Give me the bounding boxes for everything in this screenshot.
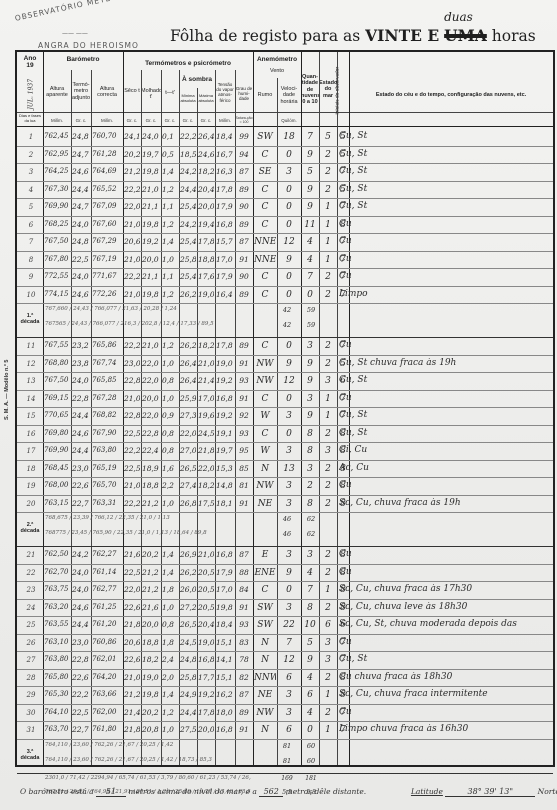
cell-alt-ap: 765,80	[44, 673, 70, 681]
cell-vel: 3	[278, 167, 300, 177]
cell-nuv: 10	[302, 620, 318, 630]
cell-mar: 2	[320, 341, 336, 351]
cell-alt-ap: 767,55	[44, 341, 70, 349]
cell-vel: 0	[278, 394, 300, 404]
cell-alt-ap: 763,80	[44, 655, 70, 663]
cell-alt-ap: 767,30	[44, 185, 70, 193]
cell-min: 25,8	[180, 255, 196, 264]
cell-alt-ap: 768,00	[44, 481, 70, 489]
cell-min: 18,5	[180, 150, 196, 159]
weather-remark: Cu, St	[339, 201, 554, 211]
cell-seco: 22,2	[124, 446, 140, 455]
cell-hum: 90	[236, 272, 252, 281]
cell-seco: 21,0	[124, 220, 140, 229]
year-label: Ano19	[17, 55, 43, 70]
cell-seco: 21,0	[124, 290, 140, 299]
cell-min: 26,5	[180, 464, 196, 473]
day-number: 16	[19, 430, 43, 438]
cell-mar: 3	[320, 376, 336, 386]
day-number: 18	[19, 465, 43, 473]
cell-tens: 14,1	[216, 655, 234, 664]
cell-mar: 1	[320, 237, 336, 247]
cell-hum: 94	[236, 150, 252, 159]
decada-vel: 46	[279, 530, 295, 538]
cell-seco: 21,0	[124, 394, 140, 403]
cell-alt-cor: 762,77	[92, 585, 122, 593]
cell-vel: 13	[278, 464, 300, 474]
cell-hum: 87	[236, 690, 252, 699]
cell-molh: 19,0	[142, 673, 160, 682]
weather-remark: Cu, St	[339, 654, 554, 664]
cell-alt-cor: 768,82	[92, 411, 122, 419]
cell-max: 22,0	[198, 464, 214, 473]
cell-alt-cor: 763,31	[92, 499, 122, 507]
cell-seco: 22,5	[124, 429, 140, 438]
cell-dif: 1,4	[162, 690, 178, 699]
cell-max: 21,8	[198, 446, 214, 455]
cell-hum: 93	[236, 620, 252, 629]
cell-vel: 9	[278, 568, 300, 578]
cell-seco: 21,0	[124, 255, 140, 264]
cell-term: 24,7	[72, 150, 90, 159]
cell-rumo: NE	[254, 690, 276, 700]
cell-seco: 23,0	[124, 359, 140, 368]
observatory-stamp: OBSERVATÓRIO METEOROLÓGICO —— —— ANGRA D…	[10, 8, 130, 48]
day-number: 9	[19, 273, 43, 281]
cell-dif: 1,8	[162, 638, 178, 647]
decada-vel: 46	[279, 515, 295, 523]
minima-header: Mínima absoluta	[179, 94, 197, 103]
decada-sums: 764,110 / 23,60 / 762,26 / 21,67 / 20,25…	[45, 742, 251, 748]
cell-vel: 3	[278, 603, 300, 613]
cell-tens: 16,8	[216, 550, 234, 559]
cell-term: 23,0	[72, 638, 90, 647]
cell-seco: 20,6	[124, 237, 140, 246]
cell-molh: 19,2	[142, 237, 160, 246]
title-struck-hour: UMAduas	[444, 26, 487, 45]
cell-seco: 21,8	[124, 725, 140, 734]
cell-max: 24,5	[198, 429, 214, 438]
unit-saturacao: Satura-ção = 100	[235, 116, 253, 124]
cell-nuv: 4	[302, 673, 318, 683]
row-rule	[17, 146, 553, 147]
day-number: 5	[19, 203, 43, 211]
cell-rumo: N	[254, 725, 276, 735]
day-number: 14	[19, 395, 43, 403]
cell-molh: 18,2	[142, 655, 160, 664]
cell-rumo: SW	[254, 620, 276, 630]
cell-molh: 21,0	[142, 341, 160, 350]
footer-text-1: O barómetro está a	[20, 787, 94, 796]
cell-rumo: N	[254, 655, 276, 665]
cell-vel: 7	[278, 638, 300, 648]
cell-alt-cor: 767,29	[92, 237, 122, 245]
cell-term: 24,6	[72, 603, 90, 612]
tensao-header: Tensão do vapor atmos-férico	[215, 82, 235, 103]
cell-term: 23,8	[72, 359, 90, 368]
cell-hum: 82	[236, 673, 252, 682]
cell-mar: 2	[320, 359, 336, 369]
cell-nuv: 3	[302, 464, 318, 474]
cell-dif: 0,8	[162, 429, 178, 438]
register-table: Ano19 JUL. 1937 Dias e fases da lua Baró…	[15, 50, 555, 767]
unit-gr: Gr. c.	[161, 118, 179, 123]
cell-vel: 0	[278, 585, 300, 595]
weather-remark: Cu	[339, 219, 554, 229]
unit-gr: Gr. c.	[123, 118, 141, 123]
cell-seco: 21,0	[124, 673, 140, 682]
decada-rule	[17, 546, 553, 547]
cell-vel: 3	[278, 690, 300, 700]
cell-mar: 2	[320, 568, 336, 578]
cell-dif: 1,2	[162, 290, 178, 299]
cell-seco: 22,6	[124, 655, 140, 664]
cell-min: 26,2	[180, 568, 196, 577]
cell-dif: 1,0	[162, 603, 178, 612]
weather-remark: Limpo chuva fraca às 16h30	[339, 724, 554, 734]
cell-alt-cor: 765,52	[92, 185, 122, 193]
cell-nuv: 11	[302, 220, 318, 230]
cell-dif: 1,0	[162, 499, 178, 508]
cell-molh: 18,9	[142, 464, 160, 473]
cell-seco: 22,8	[124, 376, 140, 385]
cell-rumo: NW	[254, 376, 276, 386]
decada-vel: 42	[279, 321, 295, 329]
cell-tens: 18,0	[216, 708, 234, 717]
cell-term: 24,4	[72, 411, 90, 420]
cell-vel: 0	[278, 150, 300, 160]
decada-sums: 767565 / 24,43 / 766,077 / 216,3 / 202,8…	[45, 321, 251, 327]
cell-max: 19,6	[198, 411, 214, 420]
decada-nuv: 59	[303, 321, 319, 329]
cell-min: 25,9	[180, 394, 196, 403]
cell-max: 17,8	[198, 237, 214, 246]
cell-nuv: 4	[302, 237, 318, 247]
row-rule	[17, 407, 553, 408]
row-rule	[17, 686, 553, 687]
cell-max: 20,5	[198, 603, 214, 612]
cell-hum: 91	[236, 499, 252, 508]
cell-hum: 84	[236, 585, 252, 594]
cell-min: 27,5	[180, 725, 196, 734]
rumo-header: Rumo	[253, 92, 277, 98]
unit-mm: Milím.	[43, 118, 71, 123]
row-rule	[17, 216, 553, 217]
cell-term: 24,2	[72, 550, 90, 559]
cell-term: 24,7	[72, 202, 90, 211]
cell-vel: 3	[278, 411, 300, 421]
cell-max: 18,2	[198, 481, 214, 490]
cell-nuv: 9	[302, 202, 318, 212]
cell-molh: 21,2	[142, 568, 160, 577]
days-label: Dias e fases da lua	[17, 114, 43, 123]
cell-molh: 21,0	[142, 185, 160, 194]
estado-ceu-header: Estado do céu e do tempo, configuração d…	[347, 92, 555, 98]
cell-rumo: NW	[254, 481, 276, 491]
molhado-header: Molhado t'	[141, 88, 161, 101]
cell-rumo: SW	[254, 132, 276, 142]
cell-alt-cor: 764,69	[92, 167, 122, 175]
unit-quil: Quilóm.	[277, 118, 301, 123]
cell-nuv: 9	[302, 655, 318, 665]
cell-term: 22,5	[72, 255, 90, 264]
cell-rumo: NNE	[254, 255, 276, 265]
cell-term: 22,6	[72, 673, 90, 682]
cell-dif: 2,0	[162, 673, 178, 682]
day-number: 23	[19, 586, 43, 594]
cell-vel: 12	[278, 655, 300, 665]
cell-vel: 3	[278, 481, 300, 491]
cell-alt-ap: 762,45	[44, 132, 70, 140]
cell-rumo: C	[254, 585, 276, 595]
cell-max: 20,0	[198, 202, 214, 211]
row-rule	[17, 163, 553, 164]
cell-mar: 2	[320, 481, 336, 491]
cell-dif: 1,2	[162, 341, 178, 350]
stamp-divider: —— ——	[62, 30, 88, 37]
cell-mar: 1	[320, 202, 336, 212]
cell-tens: 17,0	[216, 585, 234, 594]
cell-mar: 6	[320, 620, 336, 630]
cell-dif: 1,4	[162, 167, 178, 176]
cell-hum: 83	[236, 638, 252, 647]
cell-molh: 20,2	[142, 708, 160, 717]
cell-alt-cor: 767,90	[92, 429, 122, 437]
cell-rumo: C	[254, 185, 276, 195]
cell-molh: 19,8	[142, 290, 160, 299]
day-number: 17	[19, 447, 43, 455]
weather-remark: Cu	[339, 637, 554, 647]
cell-nuv: 9	[302, 150, 318, 160]
cell-alt-ap: 769,90	[44, 446, 70, 454]
cell-rumo: N	[254, 638, 276, 648]
cell-alt-ap: 762,50	[44, 550, 70, 558]
cell-molh: 22,0	[142, 411, 160, 420]
cell-tens: 18,1	[216, 499, 234, 508]
title-suffix: horas	[492, 27, 536, 45]
day-number: 10	[19, 291, 43, 299]
weather-remark: Cu, St chuva fraca às 19h	[339, 358, 554, 368]
form-model-label: S. M. A. — Modêlo n.º 5	[4, 360, 10, 420]
row-rule	[17, 739, 553, 740]
units-bottom-rule	[17, 126, 553, 127]
cell-nuv: 8	[302, 446, 318, 456]
cell-term: 23,2	[72, 341, 90, 350]
weather-remark: Cu	[339, 707, 554, 717]
row-rule	[17, 233, 553, 234]
cell-mar: 1	[320, 411, 336, 421]
cell-molh: 20,0	[142, 620, 160, 629]
cell-tens: 17,9	[216, 568, 234, 577]
cell-alt-ap: 762,95	[44, 150, 70, 158]
cell-alt-cor: 760,70	[92, 132, 122, 140]
row-rule	[17, 181, 553, 182]
cell-alt-cor: 762,27	[92, 550, 122, 558]
cell-dif: 1,0	[162, 725, 178, 734]
cell-hum: 95	[236, 446, 252, 455]
cell-term: 22,6	[72, 481, 90, 490]
latitude-value: 38° 39' 13"	[445, 787, 535, 797]
cell-rumo: C	[254, 272, 276, 282]
cell-seco: 22,2	[124, 499, 140, 508]
cell-min: 27,4	[180, 481, 196, 490]
total-nuv1: 181	[303, 775, 319, 782]
row-rule	[17, 286, 553, 287]
cell-tens: 17,8	[216, 341, 234, 350]
cell-dif: 1,1	[162, 272, 178, 281]
cell-min: 24,2	[180, 220, 196, 229]
cell-alt-ap: 767,50	[44, 237, 70, 245]
cell-molh: 21,2	[142, 499, 160, 508]
cell-alt-ap: 764,25	[44, 167, 70, 175]
cell-molh: 19,8	[142, 690, 160, 699]
cell-max: 20,4	[198, 185, 214, 194]
cell-term: 24,0	[72, 585, 90, 594]
cell-seco: 22,0	[124, 202, 140, 211]
cell-mar: 2	[320, 673, 336, 683]
cell-hum: 89	[236, 185, 252, 194]
cell-mar: 1	[320, 690, 336, 700]
day-number: 4	[19, 186, 43, 194]
weather-remark: Cu	[339, 393, 554, 403]
cell-max: 17,6	[198, 272, 214, 281]
cell-seco: 22,8	[124, 411, 140, 420]
cell-term: 22,7	[72, 725, 90, 734]
cell-max: 19,4	[198, 220, 214, 229]
cell-dif: 0,9	[162, 411, 178, 420]
cell-term: 24,6	[72, 429, 90, 438]
cell-alt-ap: 763,70	[44, 725, 70, 733]
cell-term: 24,4	[72, 620, 90, 629]
cell-tens: 16,4	[216, 290, 234, 299]
cell-nuv: 4	[302, 255, 318, 265]
cell-term: 24,0	[72, 272, 90, 281]
weather-remark: Sc, Cu, St, chuva moderada depois das	[339, 619, 554, 629]
decada-label: 1.ª década	[17, 313, 43, 325]
cell-alt-cor: 772,26	[92, 290, 122, 298]
row-rule	[17, 425, 553, 426]
cell-molh: 19,7	[142, 150, 160, 159]
decada-nuv: 62	[303, 530, 319, 538]
cell-alt-cor: 765,86	[92, 341, 122, 349]
total-vel1: 169	[279, 775, 295, 782]
day-number: 13	[19, 377, 43, 385]
cell-rumo: C	[254, 290, 276, 300]
cell-hum: 87	[236, 550, 252, 559]
cell-molh: 18,8	[142, 638, 160, 647]
cell-molh: 22,0	[142, 359, 160, 368]
decada-label: 2.ª década	[17, 522, 43, 534]
cell-mar: 2	[320, 167, 336, 177]
cell-max: 17,7	[198, 673, 214, 682]
cell-hum: 89	[236, 341, 252, 350]
decada-sums: 764,110 / 23,60 / 762,26 / 21,67 / 20,25…	[45, 757, 251, 763]
decada-rule	[17, 337, 553, 338]
cell-molh: 19,8	[142, 220, 160, 229]
cell-tens: 17,0	[216, 255, 234, 264]
a-sombra-header: À sombra	[179, 76, 215, 83]
cell-mar: 1	[320, 725, 336, 735]
cell-term: 22,7	[72, 499, 90, 508]
cell-tens: 14,8	[216, 481, 234, 490]
cell-max: 18,8	[198, 255, 214, 264]
cell-nuv: 5	[302, 638, 318, 648]
cell-hum: 81	[236, 481, 252, 490]
nuvens-header: Quan-tidade de nuvens 0 a 10	[301, 74, 319, 106]
cell-nuv: 3	[302, 394, 318, 404]
cell-tens: 16,8	[216, 220, 234, 229]
cell-max: 26,4	[198, 132, 214, 141]
cell-alt-cor: 765,70	[92, 481, 122, 489]
cell-alt-ap: 774,15	[44, 290, 70, 298]
stamp-name: OBSERVATÓRIO METEOROLÓGICO	[14, 0, 166, 23]
cell-min: 24,4	[180, 708, 196, 717]
cell-alt-cor: 767,09	[92, 202, 122, 210]
row-rule	[17, 704, 553, 705]
diferenca-header: t—t'	[161, 90, 179, 96]
cell-term: 22,5	[72, 708, 90, 717]
row-rule	[17, 442, 553, 443]
cell-min: 25,4	[180, 237, 196, 246]
cell-term: 24,0	[72, 220, 90, 229]
cell-seco: 21,0	[124, 481, 140, 490]
cell-molh: 21,2	[142, 585, 160, 594]
cell-vel: 6	[278, 673, 300, 683]
cell-alt-cor: 767,19	[92, 255, 122, 263]
cell-hum: 93	[236, 429, 252, 438]
cell-dif: 0,8	[162, 376, 178, 385]
cell-mar: 2	[320, 272, 336, 282]
cell-max: 19,0	[198, 290, 214, 299]
cell-dif: 0,1	[162, 132, 178, 141]
row-rule	[17, 477, 553, 478]
cell-rumo: NE	[254, 499, 276, 509]
cell-dif: 2,4	[162, 655, 178, 664]
cell-rumo: W	[254, 446, 276, 456]
cell-hum: 89	[236, 220, 252, 229]
cell-term: 24,6	[72, 167, 90, 176]
row-rule	[17, 198, 553, 199]
weather-remark: Limpo	[339, 289, 554, 299]
cell-min: 25,4	[180, 202, 196, 211]
cell-dif: 1,4	[162, 550, 178, 559]
cell-dif: 1,2	[162, 220, 178, 229]
cell-max: 20,5	[198, 585, 214, 594]
weather-remark: Cu, St	[339, 428, 554, 438]
cell-seco: 21,4	[124, 708, 140, 717]
cell-hum: 91	[236, 603, 252, 612]
cell-tens: 15,1	[216, 638, 234, 647]
cell-seco: 21,8	[124, 620, 140, 629]
row-rule	[17, 651, 553, 652]
cell-alt-ap: 762,70	[44, 568, 70, 576]
day-number: 19	[19, 482, 43, 490]
cell-alt-cor: 765,85	[92, 376, 122, 384]
cell-vel: 0	[278, 202, 300, 212]
cell-hum: 88	[236, 568, 252, 577]
cell-nuv: 7	[302, 272, 318, 282]
cell-mar: 1	[320, 220, 336, 230]
row-rule	[17, 512, 553, 513]
vento-header: Vento	[253, 68, 301, 74]
cell-nuv: 0	[302, 290, 318, 300]
cell-min: 26,0	[180, 585, 196, 594]
cell-molh: 20,0	[142, 255, 160, 264]
row-rule	[17, 303, 553, 304]
cell-mar: 1	[320, 394, 336, 404]
cell-hum: 91	[236, 394, 252, 403]
weather-remark: Cu chuva fraca às 18h30	[339, 672, 554, 682]
